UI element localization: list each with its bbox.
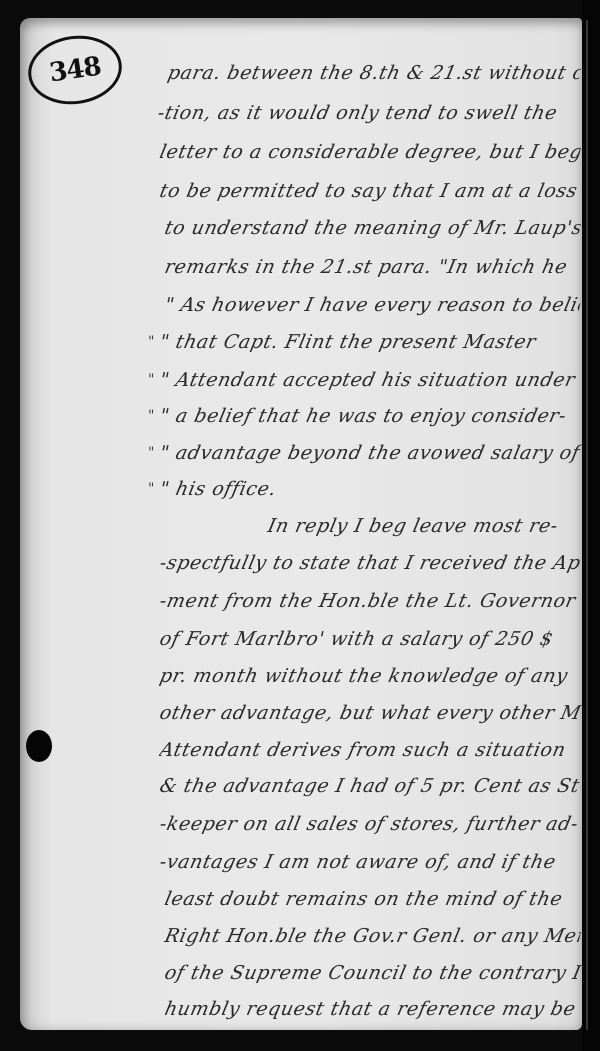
quote-marker: " xyxy=(148,408,154,424)
text-line: & the advantage I had of 5 pr. Cent as S… xyxy=(158,775,583,797)
text-line: In reply I beg leave most re- xyxy=(266,515,583,537)
text-line: pr. month without the knowledge of any xyxy=(158,665,583,687)
text-line: to understand the meaning of Mr. Laup's xyxy=(163,217,583,239)
quote-marker: " xyxy=(148,372,154,388)
text-line: -ment from the Hon.ble the Lt. Governor xyxy=(158,590,583,612)
text-line: " a belief that he was to enjoy consider… xyxy=(158,405,583,427)
text-line: of Fort Marlbro' with a salary of 250 $ xyxy=(158,628,583,650)
quote-marker: " xyxy=(148,334,154,350)
text-line: para. between the 8.th & 21.st without o… xyxy=(166,62,583,84)
text-line: humbly request that a reference may be xyxy=(163,998,583,1020)
text-line: -keeper on all sales of stores, further … xyxy=(158,813,583,835)
text-line: " As however I have every reason to beli… xyxy=(163,294,583,316)
quote-marker: " xyxy=(148,445,154,461)
text-line: to be permitted to say that I am at a lo… xyxy=(158,180,583,202)
text-line: -spectfully to state that I received the… xyxy=(158,552,583,574)
text-line: Right Hon.ble the Gov.r Genl. or any Mem… xyxy=(163,925,583,947)
text-line: " Attendant accepted his situation under xyxy=(158,369,583,391)
text-line: of the Supreme Council to the contrary I xyxy=(163,962,583,984)
text-line: " advantage beyond the avowed salary of xyxy=(158,442,583,464)
text-line: " that Capt. Flint the present Master xyxy=(158,331,583,353)
text-line: Attendant derives from such a situation xyxy=(158,739,583,761)
quote-marker: " xyxy=(148,481,154,497)
text-line: remarks in the 21.st para. "In which he xyxy=(163,256,583,278)
text-line: letter to a considerable degree, but I b… xyxy=(158,141,583,163)
text-line: " his office. xyxy=(158,478,583,500)
text-line: least doubt remains on the mind of the xyxy=(163,888,583,910)
handwritten-text: para. between the 8.th & 21.st without o… xyxy=(0,0,600,1051)
text-line: other advantage, but what every other Ma… xyxy=(158,702,583,724)
text-line: -vantages I am not aware of, and if the xyxy=(158,851,583,873)
text-line: -tion, as it would only tend to swell th… xyxy=(156,102,583,124)
